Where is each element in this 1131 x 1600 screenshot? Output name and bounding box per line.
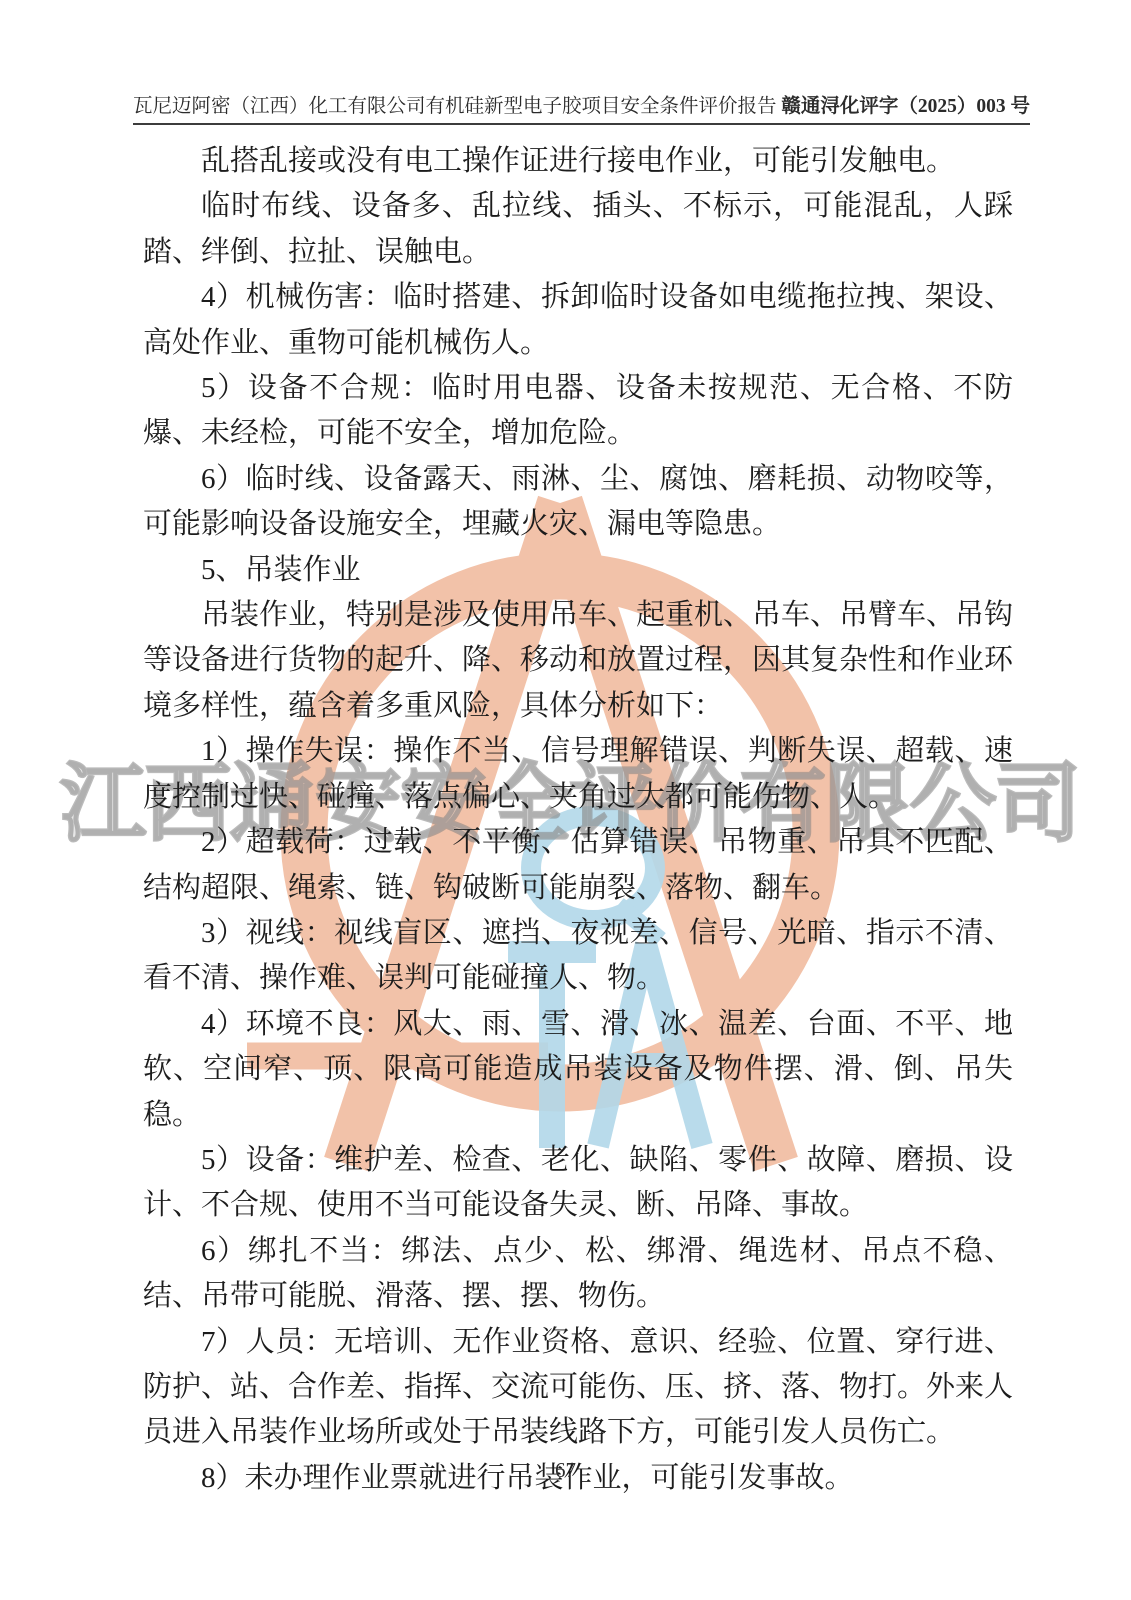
paragraph: 4）机械伤害：临时搭建、拆卸临时设备如电缆拖拉拽、架设、高处作业、重物可能机械伤… [143,275,1013,366]
document-body: 乱搭乱接或没有电工操作证进行接电作业，可能引发触电。 临时布线、设备多、乱拉线、… [143,139,1013,1501]
page-header: 瓦尼迈阿密（江西）化工有限公司有机硅新型电子胶项目安全条件评价报告 赣通浔化评字… [133,90,1030,125]
header-report-title: 瓦尼迈阿密（江西）化工有限公司有机硅新型电子胶项目安全条件评价报告 [133,90,777,118]
paragraph: 6）绑扎不当：绑法、点少、松、绑滑、绳选材、吊点不稳、结、吊带可能脱、滑落、摆、… [143,1229,1013,1320]
paragraph-section-heading: 5、吊装作业 [143,548,1013,593]
header-document-code: 赣通浔化评字（2025）003 号 [781,90,1030,118]
paragraph: 临时布线、设备多、乱拉线、插头、不标示，可能混乱，人踩踏、绊倒、拉扯、误触电。 [143,184,1013,275]
paragraph: 5）设备不合规：临时用电器、设备未按规范、无合格、不防爆、未经检，可能不安全，增… [143,366,1013,457]
paragraph: 吊装作业，特别是涉及使用吊车、起重机、吊车、吊臂车、吊钩等设备进行货物的起升、降… [143,593,1013,729]
paragraph: 3）视线：视线盲区、遮挡、夜视差、信号、光暗、指示不清、看不清、操作难、误判可能… [143,911,1013,1002]
paragraph: 4）环境不良：风大、雨、雪、滑、冰、温差、台面、不平、地软、空间窄、顶、限高可能… [143,1002,1013,1138]
paragraph: 6）临时线、设备露天、雨淋、尘、腐蚀、磨耗损、动物咬等，可能影响设备设施安全，埋… [143,457,1013,548]
paragraph: 乱搭乱接或没有电工操作证进行接电作业，可能引发触电。 [143,139,1013,184]
page-footer: 67 [0,1458,1131,1483]
paragraph: 7）人员：无培训、无作业资格、意识、经验、位置、穿行进、防护、站、合作差、指挥、… [143,1320,1013,1456]
page-number: 67 [555,1458,576,1482]
paragraph: 5）设备：维护差、检查、老化、缺陷、零件、故障、磨损、设计、不合规、使用不当可能… [143,1138,1013,1229]
paragraph: 2）超载荷：过载、不平衡、估算错误、吊物重、吊具不匹配、结构超限、绳索、链、钩破… [143,820,1013,911]
paragraph: 1）操作失误：操作不当、信号理解错误、判断失误、超载、速度控制过快、碰撞、落点偏… [143,729,1013,820]
